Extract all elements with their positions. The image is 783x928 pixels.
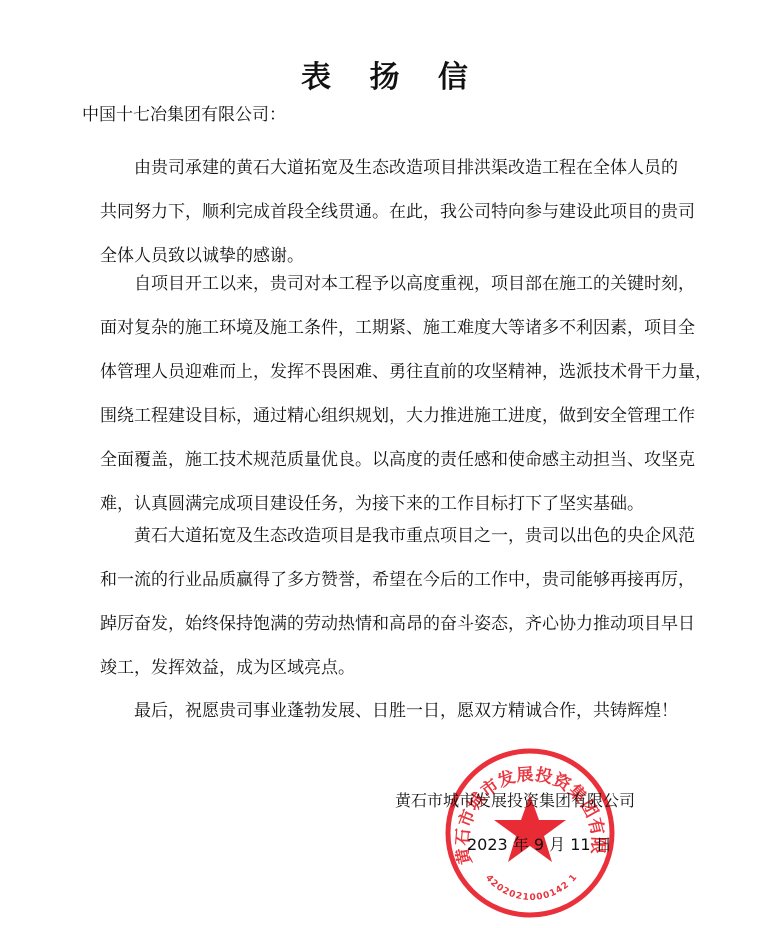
paragraph-2: 自项目开工以来，贵司对本工程予以高度重视，项目部在施工的关键时刻， 面对复杂的施… (100, 262, 690, 526)
paragraph-line: 黄石大道拓宽及生态改造项目是我市重点项目之一，贵司以出色的央企风范 (100, 514, 690, 558)
paragraph-1: 由贵司承建的黄石大道拓宽及生态改造项目排洪渠改造工程在全体人员的 共同努力下，顺… (100, 146, 690, 278)
salutation: 中国十七冶集团有限公司： (82, 100, 286, 125)
paragraph-line: 和一流的行业品质赢得了多方赞誉，希望在今后的工作中，贵司能够再接再厉， (100, 558, 690, 602)
signature-company: 黄石市城市发展投资集团有限公司 (395, 788, 635, 811)
paragraph-line: 围绕工程建设目标，通过精心组织规划，大力推进施工进度，做到安全管理工作 (100, 394, 690, 438)
paragraph-line: 最后，祝愿贵司事业蓬勃发展、日胜一日，愿双方精诚合作，共铸辉煌！ (100, 689, 690, 733)
paragraph-line: 面对复杂的施工环境及施工条件，工期紧、施工难度大等诸多不利因素，项目全 (100, 306, 690, 350)
paragraph-line: 自项目开工以来，贵司对本工程予以高度重视，项目部在施工的关键时刻， (100, 262, 690, 306)
svg-text:4202021000142 1: 4202021000142 1 (483, 872, 580, 903)
paragraph-line: 踔厉奋发，始终保持饱满的劳动热情和高昂的奋斗姿态，齐心协力推动项目早日 (100, 602, 690, 646)
paragraph-3: 黄石大道拓宽及生态改造项目是我市重点项目之一，贵司以出色的央企风范 和一流的行业… (100, 514, 690, 690)
letter-title: 表 扬 信 (0, 52, 783, 96)
paragraph-line: 共同努力下，顺利完成首段全线贯通。在此，我公司特向参与建设此项目的贵司 (100, 190, 690, 234)
signature-date: 2023 年 9 月 11 日 (467, 832, 612, 855)
seal-number: 4202021000142 1 (483, 872, 580, 903)
paragraph-line: 全面覆盖，施工技术规范质量优良。以高度的责任感和使命感主动担当、攻坚克 (100, 438, 690, 482)
paragraph-line: 由贵司承建的黄石大道拓宽及生态改造项目排洪渠改造工程在全体人员的 (100, 146, 690, 190)
letter-page: 表 扬 信 中国十七冶集团有限公司： 由贵司承建的黄石大道拓宽及生态改造项目排洪… (0, 0, 783, 928)
paragraph-4: 最后，祝愿贵司事业蓬勃发展、日胜一日，愿双方精诚合作，共铸辉煌！ (100, 689, 690, 733)
paragraph-line: 体管理人员迎难而上，发挥不畏困难、勇往直前的攻坚精神，选派技术骨干力量， (100, 350, 690, 394)
paragraph-line: 竣工，发挥效益，成为区域亮点。 (100, 646, 690, 690)
